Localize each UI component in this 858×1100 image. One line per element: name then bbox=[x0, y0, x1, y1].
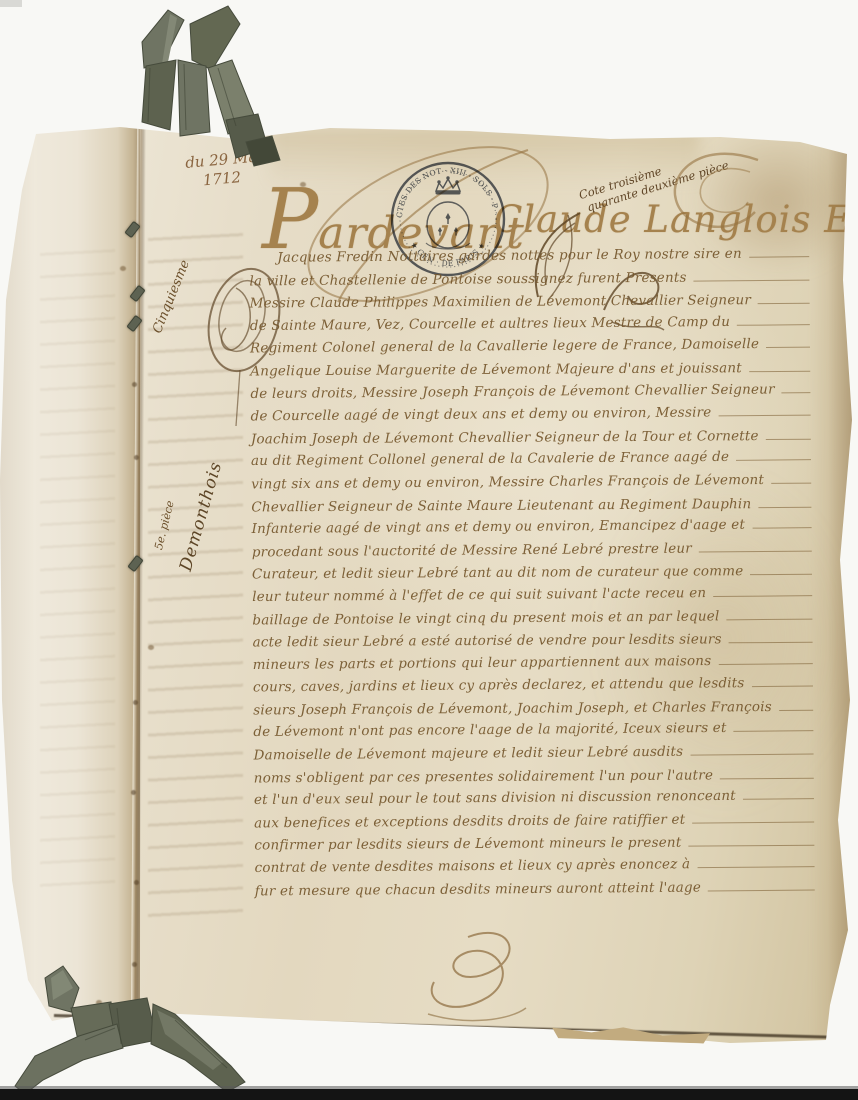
scan-artifact bbox=[0, 0, 22, 7]
manuscript-photo: du 29 Mars 1712 Pardevant Claude Langloi… bbox=[0, 0, 858, 1100]
ribbon-top bbox=[50, 2, 280, 172]
scan-strip bbox=[0, 1089, 858, 1100]
ribbon-bottom bbox=[5, 948, 255, 1098]
